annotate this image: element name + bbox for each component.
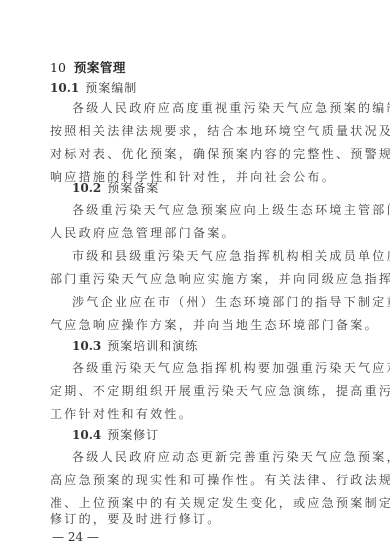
paragraph-line: 市级和县级重污染天气应急指挥机构相关成员单位应制定本 xyxy=(72,249,342,263)
subsection-title: 预案修订 xyxy=(107,428,159,442)
paragraph-line: 涉气企业应在市（州）生态环境部门的指导下制定重污染天 xyxy=(72,295,342,309)
paragraph-line: 各级人民政府应动态更新完善重污染天气应急预案，切实提 xyxy=(72,450,342,464)
paragraph-line: 对标对表、优化预案，确保预案内容的完整性、预警规定的详实性、 xyxy=(50,147,342,161)
paragraph-line: 部门重污染天气应急响应实施方案，并向同级应急指挥机构备案。 xyxy=(50,272,342,286)
paragraph-line: 各级重污染天气应急指挥机构要加强重污染天气应对培训， xyxy=(72,361,342,375)
subsection-number: 10.4 xyxy=(72,428,101,442)
paragraph-line: 各级人民政府应高度重视重污染天气应急预案的编制工作， xyxy=(72,101,342,115)
subsection-title: 预案备案 xyxy=(107,181,159,195)
subsection-title: 预案编制 xyxy=(85,81,137,95)
subsection-heading: 10.3预案培训和演练 xyxy=(72,339,342,353)
section-heading: 10预案管理 xyxy=(50,61,342,75)
subsection-title: 预案培训和演练 xyxy=(107,339,198,353)
subsection-number: 10.3 xyxy=(72,339,101,353)
page-number: — 24 — xyxy=(52,530,99,544)
subsection-heading: 10.4预案修订 xyxy=(72,428,342,442)
paragraph-line: 按照相关法律法规要求，结合本地环境空气质量状况及污染特征， xyxy=(50,124,342,138)
subsection-number: 10.2 xyxy=(72,181,101,195)
paragraph-line: 各级重污染天气应急预案应向上级生态环境主管部门和同级 xyxy=(72,203,342,217)
paragraph-line: 高应急预案的现实性和可操作性。有关法律、行政法规、规章、标 xyxy=(50,473,342,487)
section-number: 10 xyxy=(50,60,66,75)
section-title: 预案管理 xyxy=(74,60,126,75)
document-page: 10预案管理 10.1预案编制 各级人民政府应高度重视重污染天气应急预案的编制工… xyxy=(0,0,390,551)
paragraph-line: 气应急响应操作方案，并向当地生态环境部门备案。 xyxy=(50,318,342,332)
paragraph-line: 定期、不定期组织开展重污染天气应急演练，提高重污染天气应对 xyxy=(50,384,342,398)
subsection-heading: 10.1预案编制 xyxy=(50,81,342,95)
subsection-number: 10.1 xyxy=(50,81,79,95)
subsection-heading: 10.2预案备案 xyxy=(72,181,342,195)
paragraph-line: 准、上位预案中的有关规定发生变化，或应急预案制定单位认为应 xyxy=(50,496,342,510)
paragraph-line: 工作针对性和有效性。 xyxy=(50,407,342,421)
paragraph-line: 修订的，要及时进行修订。 xyxy=(50,512,342,526)
paragraph-line: 人民政府应急管理部门备案。 xyxy=(50,226,342,240)
